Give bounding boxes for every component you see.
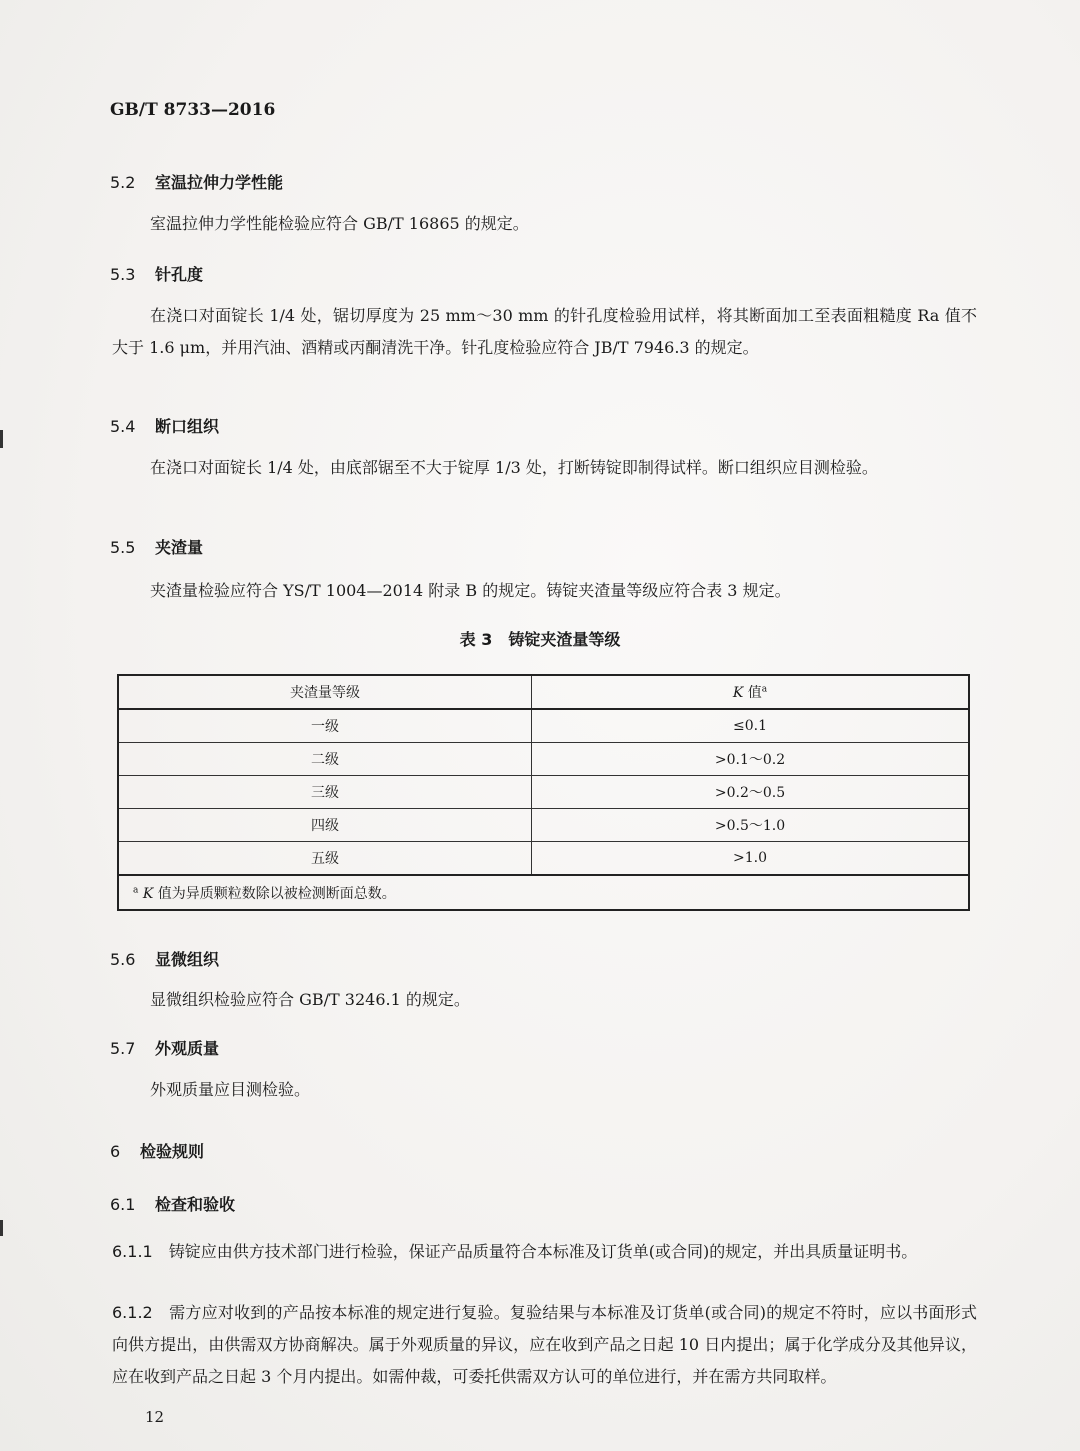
grade-cell: 二级	[118, 743, 532, 776]
k-symbol: K	[143, 886, 153, 902]
grade-cell: 三级	[118, 776, 532, 809]
footnote-text: 值为异质颗粒数除以被检测断面总数。	[153, 886, 395, 902]
grade-cell: 四级	[118, 809, 532, 842]
section-title: 夹渣量	[155, 538, 203, 557]
section-title: 检验规则	[140, 1142, 204, 1161]
section-number: 5.3	[110, 265, 155, 284]
section-heading-5-5: 5.5夹渣量	[110, 535, 203, 558]
scan-edge-mark	[0, 1220, 3, 1236]
section-title: 室温拉伸力学性能	[155, 173, 283, 192]
clause-number: 6.1.1	[112, 1242, 153, 1261]
section-number: 5.7	[110, 1039, 155, 1058]
section-number: 5.5	[110, 538, 155, 557]
section-number: 6.1	[110, 1195, 155, 1214]
clause-text: 需方应对收到的产品按本标准的规定进行复验。复验结果与本标准及订货单(或合同)的规…	[112, 1303, 977, 1386]
section-title: 针孔度	[155, 265, 203, 284]
grade-cell: 五级	[118, 842, 532, 876]
clause-6-1-2: 6.1.2 需方应对收到的产品按本标准的规定进行复验。复验结果与本标准及订货单(…	[112, 1297, 977, 1393]
section-heading-5-3: 5.3针孔度	[110, 262, 203, 285]
section-number: 5.2	[110, 173, 155, 192]
section-heading-5-7: 5.7外观质量	[110, 1036, 219, 1059]
k-value-cell: ≤0.1	[532, 709, 970, 743]
paragraph: 夹渣量检验应符合 YS/T 1004—2014 附录 B 的规定。铸锭夹渣量等级…	[112, 575, 977, 607]
paragraph: 在浇口对面锭长 1/4 处，由底部锯至不大于锭厚 1/3 处，打断铸锭即制得试样…	[112, 452, 977, 484]
document-page: GB/T 8733—2016 5.2室温拉伸力学性能 室温拉伸力学性能检验应符合…	[0, 0, 1080, 1451]
section-number: 5.6	[110, 950, 155, 969]
table-row: 三级 >0.2～0.5	[118, 776, 969, 809]
paragraph: 显微组织检验应符合 GB/T 3246.1 的规定。	[112, 984, 977, 1016]
clause-number: 6.1.2	[112, 1303, 153, 1322]
clause-6-1-1: 6.1.1 铸锭应由供方技术部门进行检验，保证产品质量符合本标准及订货单(或合同…	[112, 1236, 977, 1268]
table-footnote: a K 值为异质颗粒数除以被检测断面总数。	[118, 875, 969, 910]
section-title: 检查和验收	[155, 1195, 235, 1214]
section-heading-5-6: 5.6显微组织	[110, 947, 219, 970]
table-row: 四级 >0.5～1.0	[118, 809, 969, 842]
k-value-cell: >0.5～1.0	[532, 809, 970, 842]
footnote-mark: a	[762, 684, 767, 694]
table-footnote-row: a K 值为异质颗粒数除以被检测断面总数。	[118, 875, 969, 910]
table-caption: 表 3 铸锭夹渣量等级	[0, 627, 1080, 650]
column-header-k-value: K 值a	[532, 675, 970, 709]
section-number: 5.4	[110, 417, 155, 436]
paragraph: 室温拉伸力学性能检验应符合 GB/T 16865 的规定。	[112, 208, 977, 240]
footnote-mark: a	[133, 885, 138, 895]
clause-text: 铸锭应由供方技术部门进行检验，保证产品质量符合本标准及订货单(或合同)的规定，并…	[169, 1242, 918, 1261]
page-number: 12	[145, 1408, 164, 1426]
standard-id: GB/T 8733—2016	[110, 100, 275, 120]
paragraph: 外观质量应目测检验。	[112, 1074, 977, 1106]
table-row: 五级 >1.0	[118, 842, 969, 876]
k-symbol: K	[733, 685, 743, 701]
section-heading-5-4: 5.4断口组织	[110, 414, 219, 437]
table-row: 二级 >0.1～0.2	[118, 743, 969, 776]
slag-grade-table: 夹渣量等级 K 值a 一级 ≤0.1 二级 >0.1～0.2 三级 >0.2～0…	[117, 674, 970, 911]
section-title: 断口组织	[155, 417, 219, 436]
k-value-cell: >0.2～0.5	[532, 776, 970, 809]
section-title: 显微组织	[155, 950, 219, 969]
paragraph: 在浇口对面锭长 1/4 处，锯切厚度为 25 mm～30 mm 的针孔度检验用试…	[112, 300, 977, 364]
section-heading-5-2: 5.2室温拉伸力学性能	[110, 170, 283, 193]
k-value-cell: >1.0	[532, 842, 970, 876]
table-header-row: 夹渣量等级 K 值a	[118, 675, 969, 709]
grade-cell: 一级	[118, 709, 532, 743]
section-number: 6	[110, 1142, 140, 1161]
chapter-heading-6: 6检验规则	[110, 1139, 204, 1162]
table-row: 一级 ≤0.1	[118, 709, 969, 743]
section-title: 外观质量	[155, 1039, 219, 1058]
k-value-label: 值	[743, 685, 761, 701]
section-heading-6-1: 6.1检查和验收	[110, 1192, 235, 1215]
scan-edge-mark	[0, 430, 3, 448]
k-value-cell: >0.1～0.2	[532, 743, 970, 776]
column-header-grade: 夹渣量等级	[118, 675, 532, 709]
